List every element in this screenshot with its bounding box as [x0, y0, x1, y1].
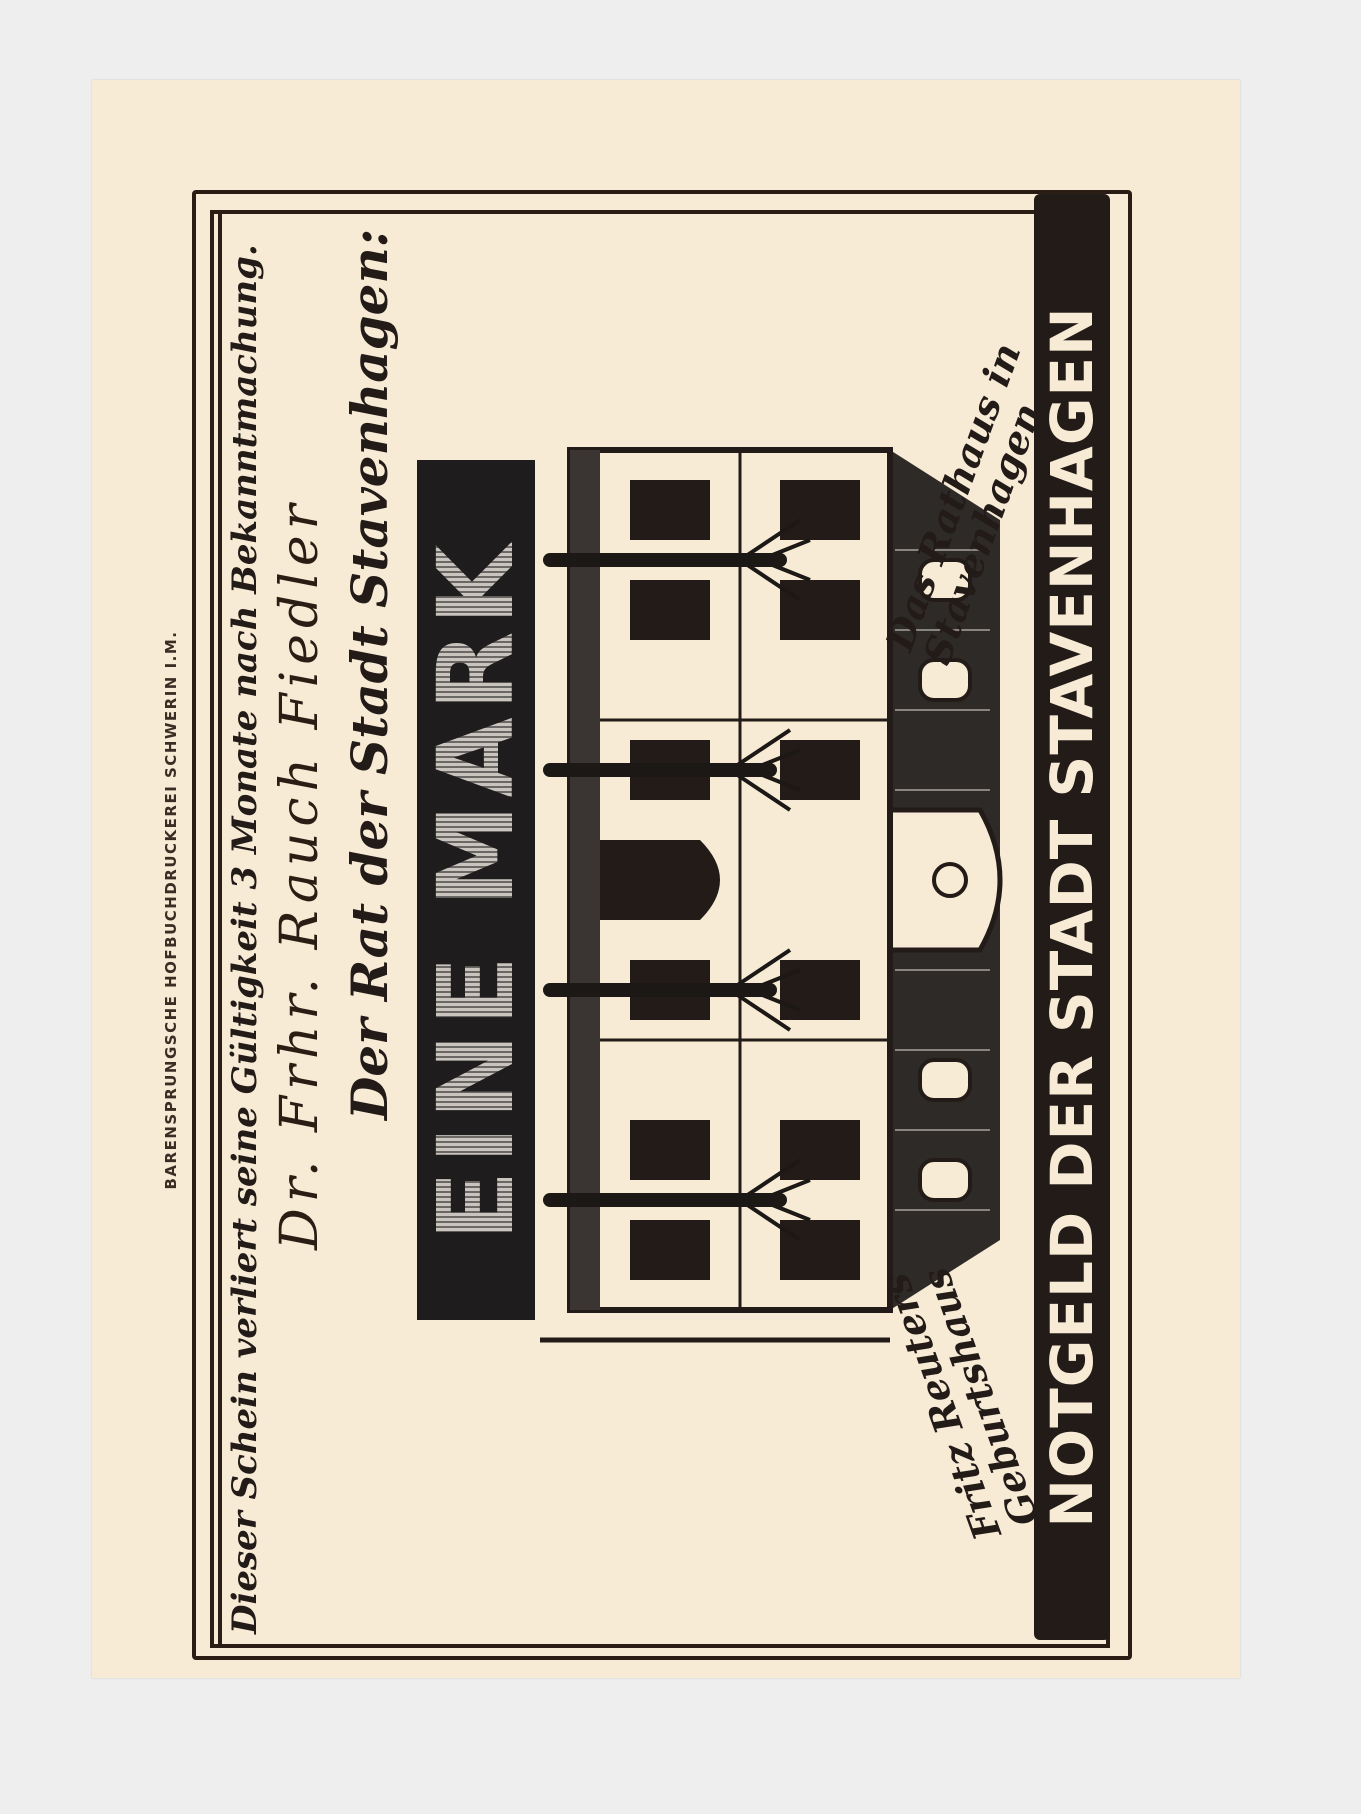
signature: Dr. Frhr. Rauch Fiedler: [270, 250, 340, 1250]
issuer-line: Der Rat der Stadt Stavenhagen:: [340, 220, 410, 1120]
banknote: NOTGELD DER STADT STAVENHAGEN: [92, 80, 1240, 1678]
denomination-box: EINE MARK: [417, 460, 535, 1320]
note-title: NOTGELD DER STADT STAVENHAGEN: [1038, 306, 1106, 1527]
validity-notice: Dieser Schein verliert seine Gültigkeit …: [218, 212, 268, 1644]
banknote-face: NOTGELD DER STADT STAVENHAGEN: [92, 80, 1240, 1678]
denomination: EINE MARK: [415, 539, 537, 1242]
printer-imprint: BARENSPRUNGSCHE HOFBUCHDRUCKEREI SCHWERI…: [162, 600, 192, 1220]
